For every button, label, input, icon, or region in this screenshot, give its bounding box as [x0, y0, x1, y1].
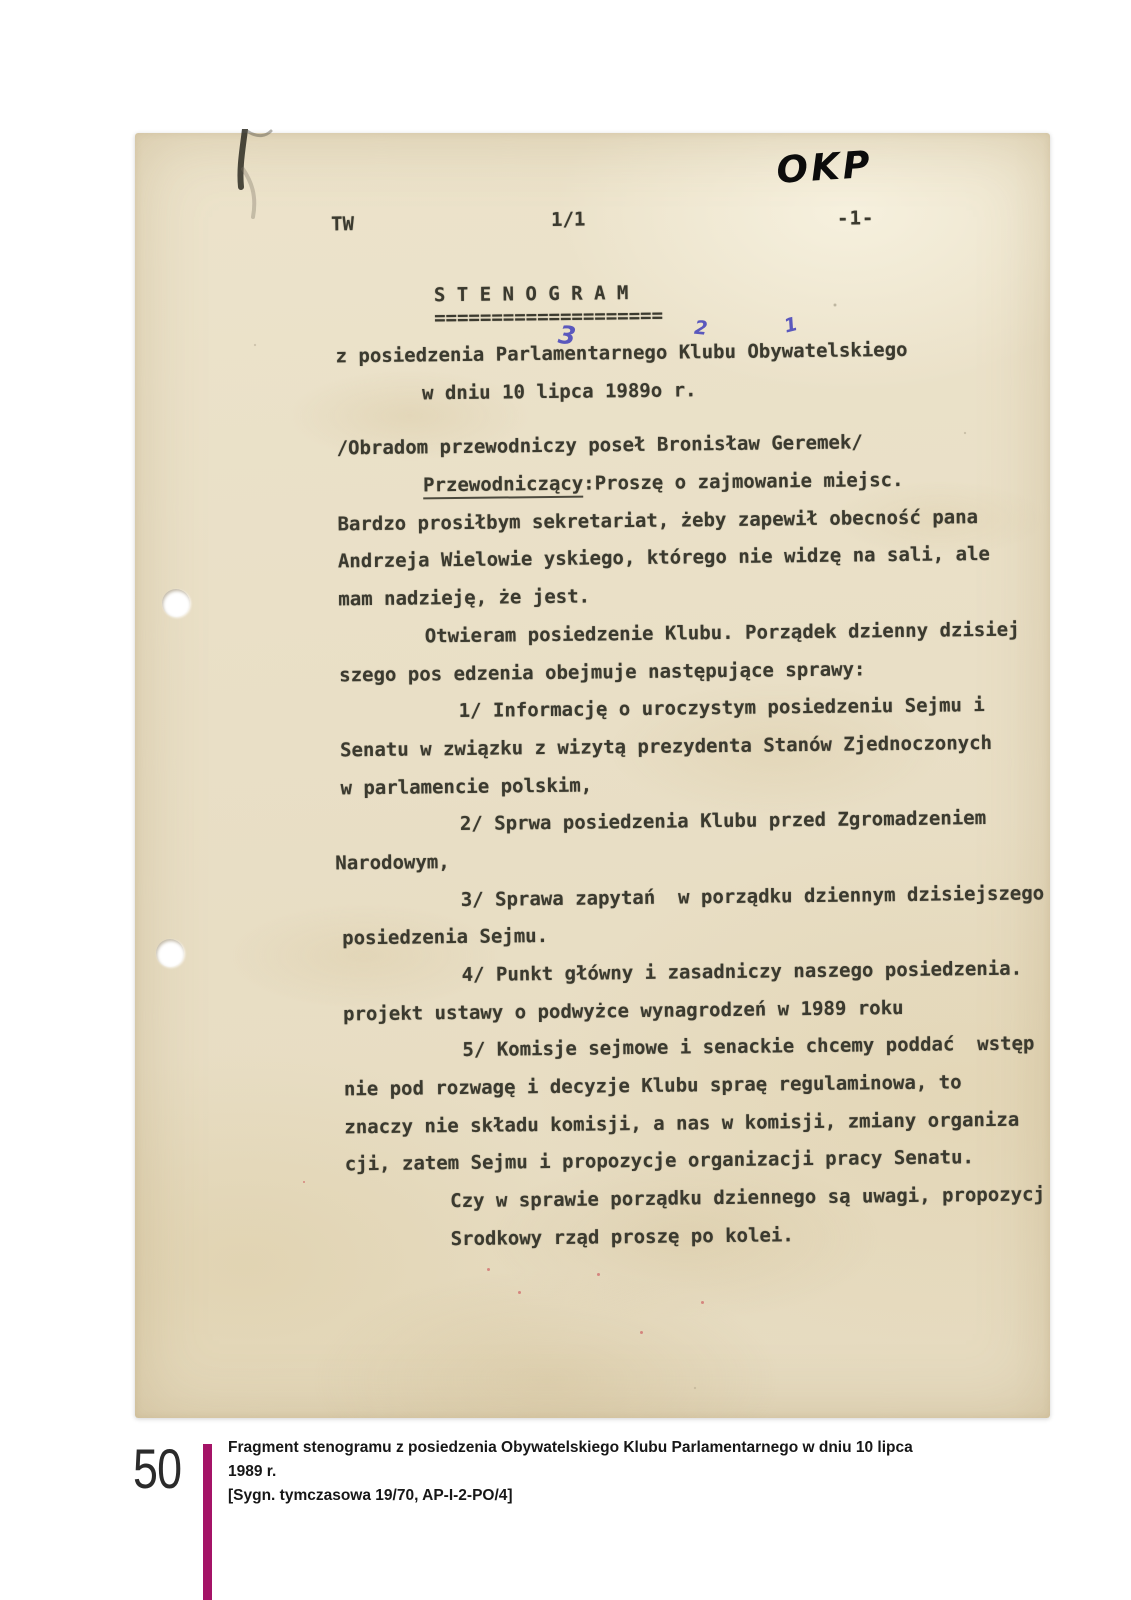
book-page-number: 50: [133, 1436, 181, 1501]
caption-signature: [Sygn. tymczasowa 19/70, AP-I-2-PO/4]: [228, 1484, 938, 1508]
caption-text: Fragment stenogramu z posiedzenia Obywat…: [228, 1436, 938, 1484]
document-title-block: S T E N O G R A M ====================: [434, 282, 663, 331]
document-title: S T E N O G R A M: [434, 282, 663, 308]
header-sheet-number: 1/1: [551, 209, 586, 231]
typed-line: Czy w sprawie porządku dziennego są uwag…: [450, 1176, 1059, 1221]
typed-line: w dniu 10 lipca 1989o r.: [422, 368, 1050, 413]
archival-caption: Fragment stenogramu z posiedzenia Obywat…: [228, 1436, 938, 1508]
typed-line: 3/ Sprawa zapytań w porządku dziennym dz…: [461, 875, 1056, 919]
typed-line: 4/ Punkt główny i zasadniczy naszego pos…: [461, 950, 1056, 994]
document-body: z posiedzenia Parlamentarnego Klubu Obyw…: [134, 330, 1059, 1262]
speaker-utterance: :Proszę o zajmowanie miejsc.: [583, 469, 904, 495]
typed-line: Otwieram posiedzenie Klubu. Porządek dzi…: [425, 611, 1053, 656]
typed-line: Srodkowy rząd proszę po kolei.: [450, 1214, 1059, 1259]
typed-line: 1/ Informację o uroczystym posiedzeniu S…: [458, 686, 1053, 730]
header-page-number: -1-: [837, 207, 875, 229]
typed-content: OKP TW 1/1 -1- S T E N O G R A M =======…: [132, 127, 1062, 1422]
header-mark-tw: TW: [331, 213, 354, 235]
typed-line: 5/ Komisje sejmowe i senackie chcemy pod…: [462, 1026, 1057, 1070]
typed-line: Senatu w związku z wizytą prezydenta Sta…: [340, 724, 1054, 770]
handwritten-okp-annotation: OKP: [775, 143, 874, 192]
speaker-label: Przewodniczący: [423, 473, 583, 500]
title-underline: ====================: [434, 305, 663, 331]
caption-accent-bar: [203, 1444, 212, 1600]
typed-line: 2/ Sprwa posiedzenia Klubu przed Zgromad…: [460, 800, 1055, 844]
scanned-document-page: OKP TW 1/1 -1- S T E N O G R A M =======…: [135, 133, 1050, 1418]
